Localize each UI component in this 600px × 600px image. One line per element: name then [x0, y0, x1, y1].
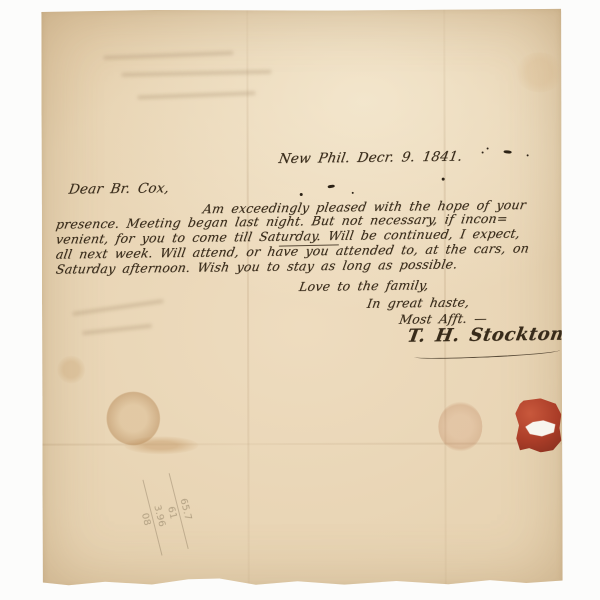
paper-stain	[438, 402, 482, 452]
wax-seal-remnant	[515, 398, 561, 452]
paper-stain	[124, 436, 198, 454]
letter-body-line: Saturday afternoon. Wish you to stay as …	[55, 257, 459, 276]
ink-speck	[503, 150, 511, 154]
show-through-writing	[137, 91, 255, 99]
ink-speck	[482, 152, 484, 154]
wax-seal-torn-gap	[525, 420, 555, 436]
letter-salutation: Dear Br. Cox,	[68, 181, 171, 196]
show-through-writing	[72, 299, 164, 316]
signature-flourish	[414, 347, 560, 360]
show-through-writing	[82, 324, 152, 335]
paper-stain	[57, 356, 85, 384]
letter-closing-haste: In great haste,	[366, 295, 471, 310]
horizontal-fold-crease	[42, 442, 562, 445]
vertical-fold-crease-left	[246, 9, 250, 587]
pencil-arithmetic-note: 65.7 61 3.96 08	[130, 470, 201, 559]
letter-closing-love: Love to the family,	[298, 278, 430, 294]
show-through-writing	[103, 51, 233, 60]
ink-speck	[487, 148, 489, 150]
show-through-writing	[121, 70, 271, 77]
letter-photo: New Phil. Decr. 9. 1841. Dear Br. Cox, A…	[0, 0, 600, 600]
letter-paper: New Phil. Decr. 9. 1841. Dear Br. Cox, A…	[41, 8, 563, 587]
ink-speck	[300, 193, 303, 196]
ink-speck	[527, 154, 529, 156]
letter-dateline: New Phil. Decr. 9. 1841.	[278, 150, 464, 166]
ink-speck	[352, 192, 354, 194]
paper-stain	[515, 52, 563, 92]
ink-speck	[328, 184, 335, 188]
signature: T. H. Stockton	[406, 328, 565, 344]
ink-speck	[442, 178, 445, 181]
